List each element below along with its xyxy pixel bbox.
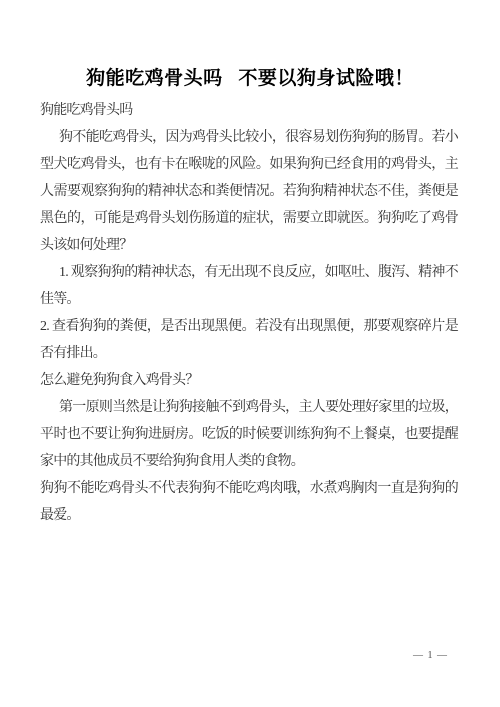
paragraph: 狗狗不能吃鸡骨头不代表狗狗不能吃鸡肉哦，水煮鸡胸肉一直是狗狗的最爱。 — [40, 475, 458, 529]
page-number: — 1 — — [413, 650, 448, 661]
document-title: 狗能吃鸡骨头吗 不要以狗身试险哦！ — [0, 65, 500, 93]
paragraph: 怎么避免狗狗食入鸡骨头？ — [40, 367, 458, 394]
document-body: 狗能吃鸡骨头吗狗不能吃鸡骨头，因为鸡骨头比较小，很容易划伤狗狗的肠胃。若小型犬吃… — [40, 97, 458, 529]
document-page: 狗能吃鸡骨头吗 不要以狗身试险哦！ 狗能吃鸡骨头吗狗不能吃鸡骨头，因为鸡骨头比较… — [0, 0, 500, 707]
paragraph: 狗能吃鸡骨头吗 — [40, 97, 458, 124]
paragraph: 第一原则当然是让狗狗接触不到鸡骨头，主人要处理好家里的垃圾，平时也不要让狗狗进厨… — [40, 394, 458, 475]
paragraph: 狗不能吃鸡骨头，因为鸡骨头比较小，很容易划伤狗狗的肠胃。若小型犬吃鸡骨头，也有卡… — [40, 124, 458, 259]
paragraph: 1. 观察狗狗的精神状态，有无出现不良反应，如呕吐、腹泻、精神不佳等。 — [40, 259, 458, 313]
page-footer: — 1 — — [413, 649, 448, 663]
paragraph: 2. 查看狗狗的粪便，是否出现黑便。若没有出现黑便，那要观察碎片是否有排出。 — [40, 313, 458, 367]
